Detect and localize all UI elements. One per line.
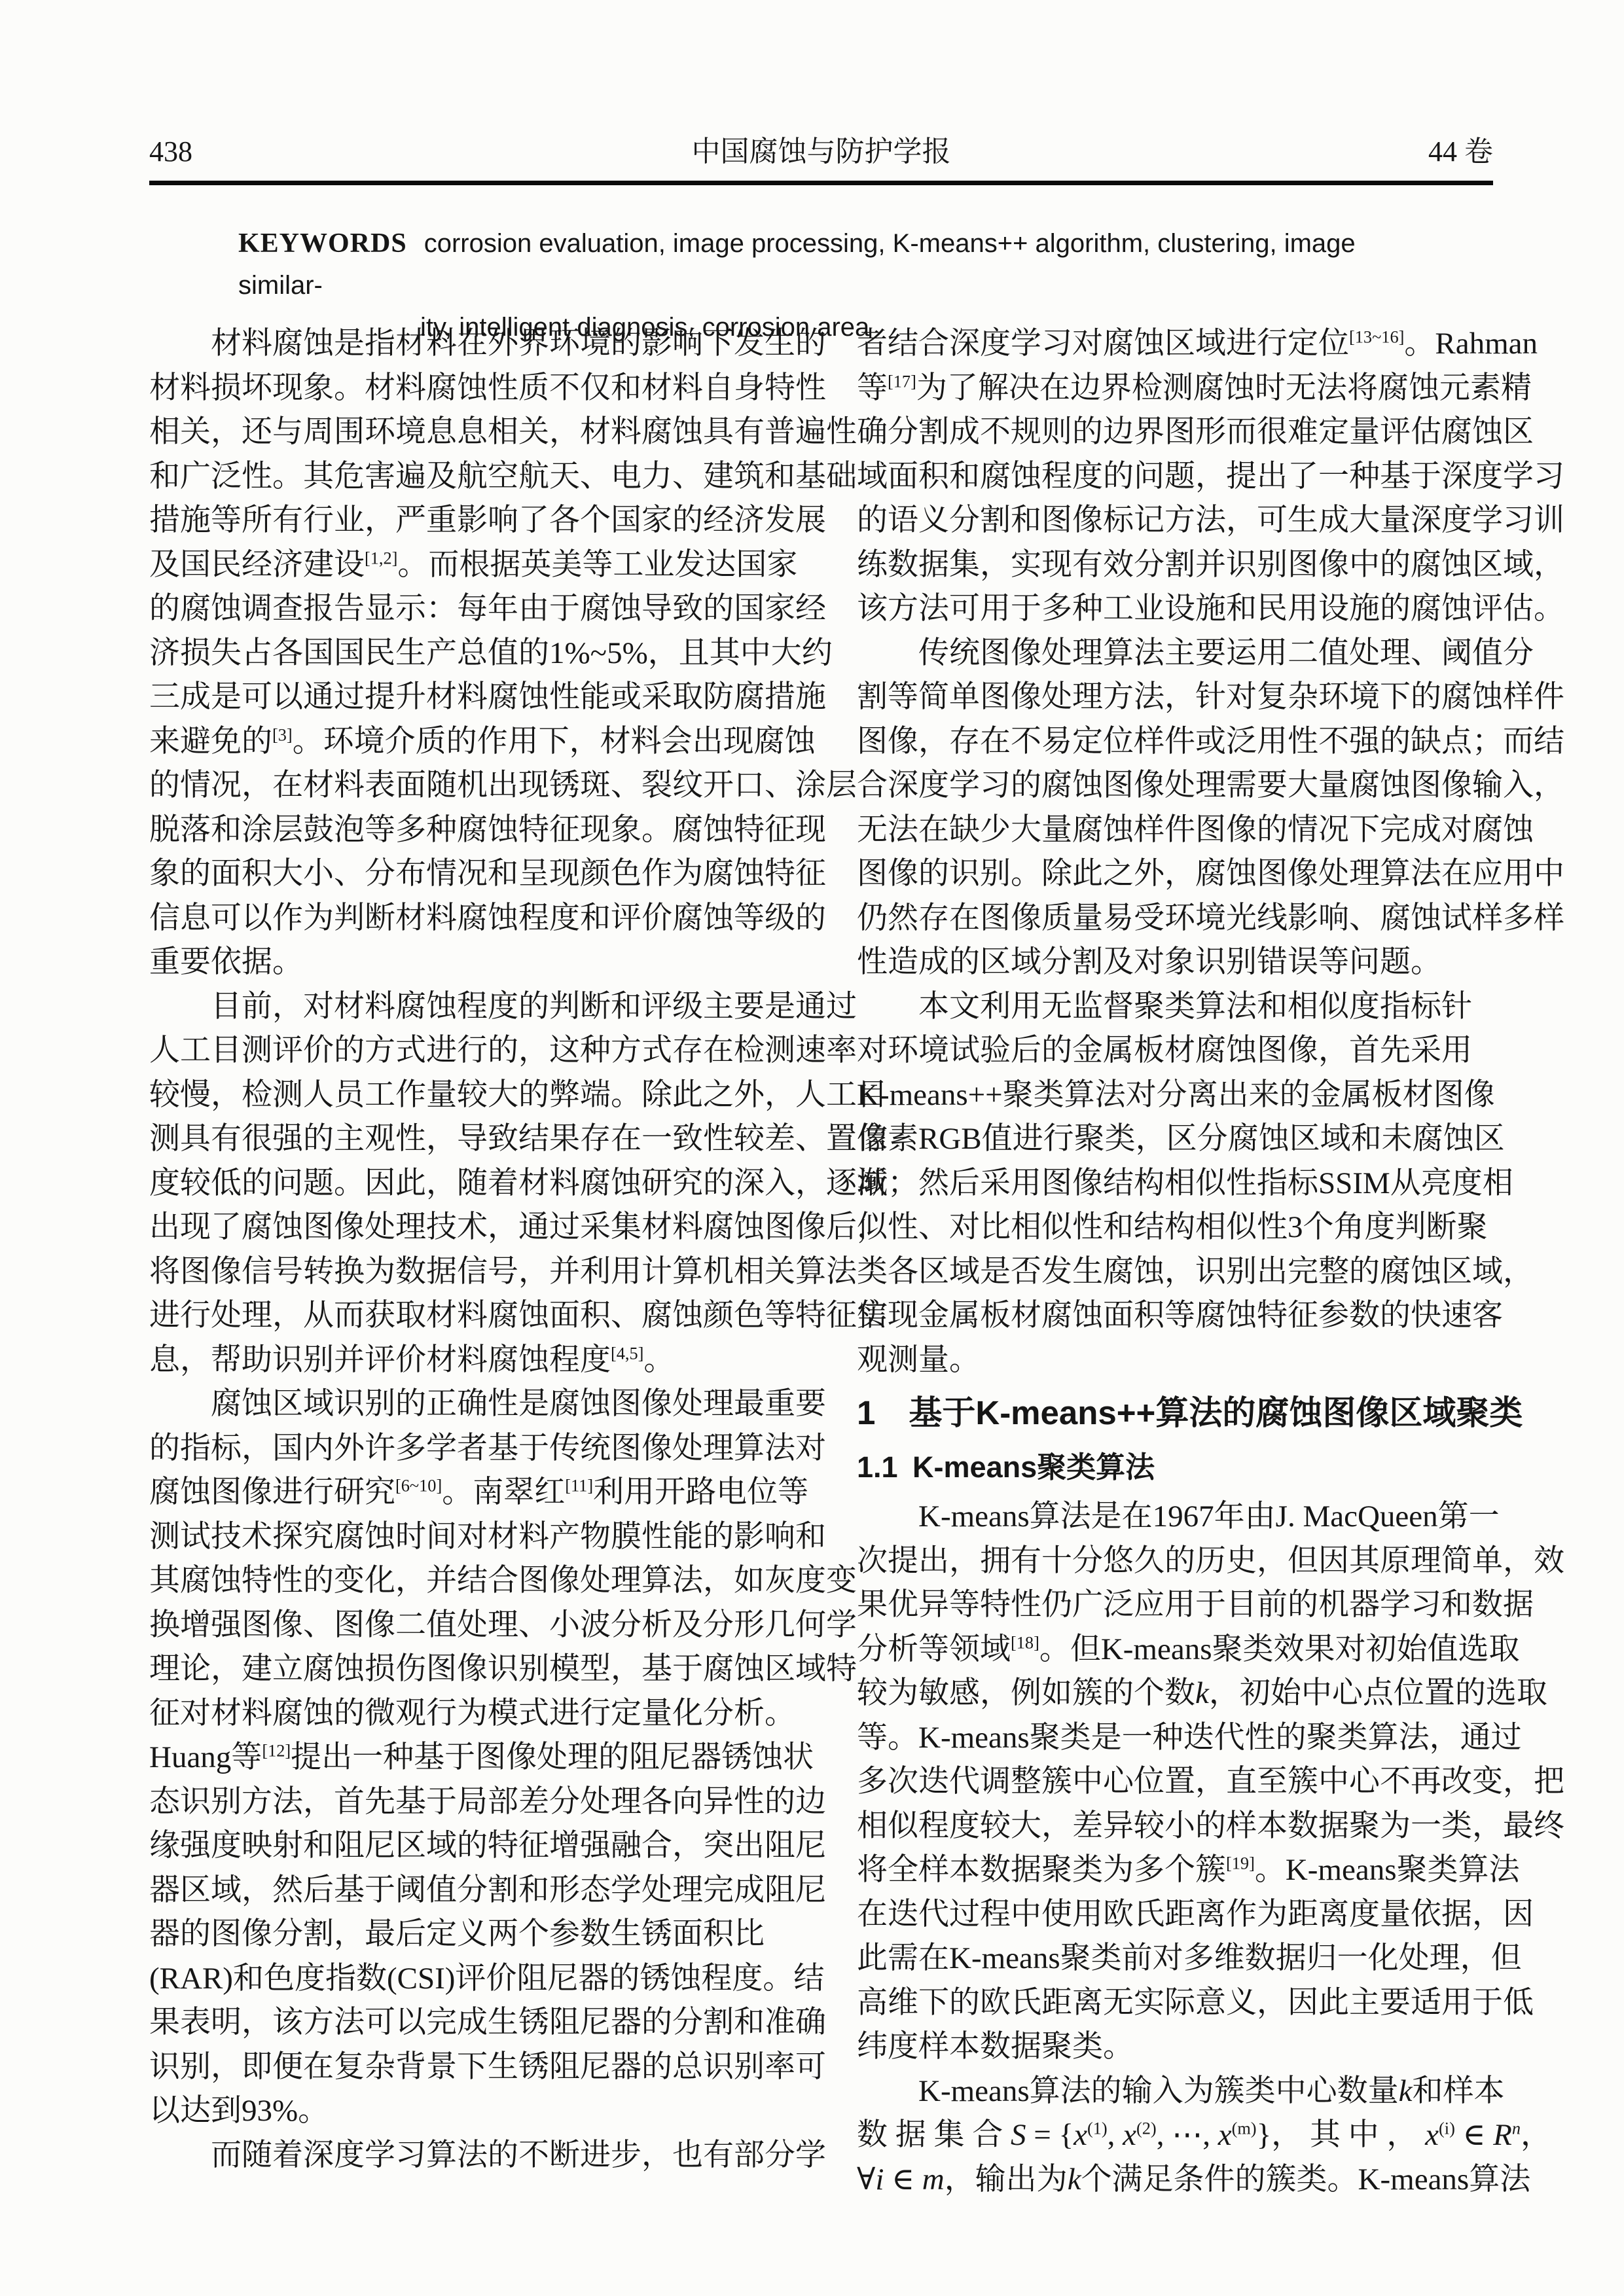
right-column: 者结合深度学习对腐蚀区域进行定位[13~16]。Rahman等[17]为了解决在…	[857, 322, 1493, 2202]
sub-section-heading: 1.1 K-means聚类算法	[857, 1450, 1493, 1484]
text-line: 将全样本数据聚类为多个簇[19]。K-means聚类算法	[857, 1848, 1493, 1893]
text-line: 者结合深度学习对腐蚀区域进行定位[13~16]。Rahman	[857, 322, 1493, 367]
text-line: 材料腐蚀是指材料在外界环境的影响下发生的	[149, 322, 793, 367]
text-line: 较慢，检测人员工作量较大的弊端。除此之外，人工目	[149, 1073, 793, 1118]
text-line: 三成是可以通过提升材料腐蚀性能或采取防腐措施	[149, 675, 793, 720]
text-line: 来避免的[3]。环境介质的作用下，材料会出现腐蚀	[149, 720, 793, 764]
text-line: 器的图像分割，最后定义两个参数生锈面积比	[149, 1912, 793, 1957]
text-line: 较为敏感，例如簇的个数k，初始中心点位置的选取	[857, 1672, 1493, 1716]
text-line: 而随着深度学习算法的不断进步，也有部分学	[149, 2134, 793, 2178]
text-line: 传统图像处理算法主要运用二值处理、阈值分	[857, 632, 1493, 676]
text-line: 征对材料腐蚀的微观行为模式进行定量化分析。	[149, 1692, 793, 1736]
text-line: 相似程度较大，差异较小的样本数据聚为一类，最终	[857, 1804, 1493, 1849]
text-line: 的语义分割和图像标记方法，可生成大量深度学习训	[857, 499, 1493, 543]
text-line: 练数据集，实现有效分割并识别图像中的腐蚀区域，	[857, 543, 1493, 588]
text-line: 信息可以作为判断材料腐蚀程度和评价腐蚀等级的	[149, 897, 793, 941]
text-line: 重要依据。	[149, 941, 793, 985]
text-line: 人工目测评价的方式进行的，这种方式存在检测速率	[149, 1029, 793, 1073]
text-line: 和广泛性。其危害遍及航空航天、电力、建筑和基础	[149, 455, 793, 499]
text-line: 域；然后采用图像结构相似性指标SSIM从亮度相	[857, 1162, 1493, 1206]
text-line: K-means算法的输入为簇类中心数量k和样本	[857, 2070, 1493, 2114]
text-line: 理论，建立腐蚀损伤图像识别模型，基于腐蚀区域特	[149, 1647, 793, 1692]
keywords-label: KEYWORDS	[238, 228, 407, 259]
text-line: 器区域，然后基于阈值分割和形态学处理完成阻尼	[149, 1869, 793, 1913]
text-line: 识别，即便在复杂背景下生锈阻尼器的总识别率可	[149, 2045, 793, 2090]
right-column-top-lines: 者结合深度学习对腐蚀区域进行定位[13~16]。Rahman等[17]为了解决在…	[857, 322, 1493, 1382]
text-line: 相关，还与周围环境息息相关，材料腐蚀具有普遍性	[149, 410, 793, 455]
left-column: 材料腐蚀是指材料在外界环境的影响下发生的材料损坏现象。材料腐蚀性质不仅和材料自身…	[149, 322, 793, 2202]
text-line: 性造成的区域分割及对象识别错误等问题。	[857, 941, 1493, 985]
text-line: 果优异等特性仍广泛应用于目前的机器学习和数据	[857, 1583, 1493, 1628]
text-line: 图像，存在不易定位样件或泛用性不强的缺点；而结	[857, 720, 1493, 764]
text-line: 纬度样本数据聚类。	[857, 2025, 1493, 2070]
text-line: 措施等所有行业，严重影响了各个国家的经济发展	[149, 499, 793, 543]
text-line: 其腐蚀特性的变化，并结合图像处理算法，如灰度变	[149, 1559, 793, 1604]
text-line: ∀i ∈ m，输出为k个满足条件的簇类。K-means算法	[857, 2158, 1493, 2202]
text-line: 次提出，拥有十分悠久的历史，但因其原理简单，效	[857, 1539, 1493, 1584]
text-line: 像素RGB值进行聚类，区分腐蚀区域和未腐蚀区	[857, 1117, 1493, 1162]
text-line: 象的面积大小、分布情况和呈现颜色作为腐蚀特征	[149, 852, 793, 897]
text-line: 在迭代过程中使用欧氏距离作为距离度量依据，因	[857, 1893, 1493, 1937]
text-line: 度较低的问题。因此，随着材料腐蚀研究的深入，逐渐	[149, 1162, 793, 1206]
text-line: 腐蚀区域识别的正确性是腐蚀图像处理最重要	[149, 1382, 793, 1427]
running-head: 438 中国腐蚀与防护学报 44 卷	[149, 136, 1493, 168]
journal-page: 438 中国腐蚀与防护学报 44 卷 KEYWORDScorrosion eva…	[0, 0, 1624, 2296]
text-line: 确分割成不规则的边界图形而很难定量评估腐蚀区	[857, 410, 1493, 455]
text-line: 数 据 集 合 S = {x(1), x(2), ⋯, x(m)}， 其 中 ，…	[857, 2113, 1493, 2158]
text-line: 该方法可用于多种工业设施和民用设施的腐蚀评估。	[857, 587, 1493, 632]
text-line: (RAR)和色度指数(CSI)评价阻尼器的锈蚀程度。结	[149, 1957, 793, 2001]
text-line: K-means算法是在1967年由J. MacQueen第一	[857, 1495, 1493, 1539]
text-line: 此需在K-means聚类前对多维数据归一化处理，但	[857, 1937, 1493, 1981]
text-line: 测具有很强的主观性，导致结果存在一致性较差、置信	[149, 1117, 793, 1162]
text-line: 割等简单图像处理方法，针对复杂环境下的腐蚀样件	[857, 675, 1493, 720]
text-line: 以达到93%。	[149, 2089, 793, 2134]
text-line: 本文利用无监督聚类算法和相似度指标针	[857, 985, 1493, 1030]
text-line: 分析等领域[18]。但K-means聚类效果对初始值选取	[857, 1628, 1493, 1672]
text-line: 出现了腐蚀图像处理技术，通过采集材料腐蚀图像后，	[149, 1206, 793, 1250]
text-line: 缘强度映射和阻尼区域的特征增强融合，突出阻尼	[149, 1824, 793, 1869]
text-line: 无法在缺少大量腐蚀样件图像的情况下完成对腐蚀	[857, 808, 1493, 853]
text-line: 对环境试验后的金属板材腐蚀图像，首先采用	[857, 1029, 1493, 1073]
journal-title: 中国腐蚀与防护学报	[149, 136, 1493, 168]
text-line: 脱落和涂层鼓泡等多种腐蚀特征现象。腐蚀特征现	[149, 808, 793, 853]
text-line: 测试技术探究腐蚀时间对材料产物膜性能的影响和	[149, 1515, 793, 1560]
text-line: 腐蚀图像进行研究[6~10]。南翠红[11]利用开路电位等	[149, 1471, 793, 1515]
section-heading: 1 基于K-means++算法的腐蚀图像区域聚类	[857, 1393, 1493, 1433]
right-column-bottom-lines: K-means算法是在1967年由J. MacQueen第一次提出，拥有十分悠久…	[857, 1495, 1493, 2202]
text-line: 济损失占各国国民生产总值的1%~5%，且其中大约	[149, 632, 793, 676]
text-line: 合深度学习的腐蚀图像处理需要大量腐蚀图像输入，	[857, 764, 1493, 808]
text-line: 果表明，该方法可以完成生锈阻尼器的分割和准确	[149, 2001, 793, 2045]
text-line: 及国民经济建设[1,2]。而根据英美等工业发达国家	[149, 543, 793, 588]
text-line: 材料损坏现象。材料腐蚀性质不仅和材料自身特性	[149, 367, 793, 411]
text-line: 多次迭代调整簇中心位置，直至簇中心不再改变，把	[857, 1760, 1493, 1804]
text-line: 域面积和腐蚀程度的问题，提出了一种基于深度学习	[857, 455, 1493, 499]
text-line: 类各区域是否发生腐蚀，识别出完整的腐蚀区域，	[857, 1250, 1493, 1295]
text-line: 实现金属板材腐蚀面积等腐蚀特征参数的快速客	[857, 1294, 1493, 1338]
text-line: 高维下的欧氏距离无实际意义，因此主要适用于低	[857, 1981, 1493, 2026]
text-line: 观测量。	[857, 1338, 1493, 1383]
text-line: Huang等[12]提出一种基于图像处理的阻尼器锈蚀状	[149, 1736, 793, 1780]
header-rule	[149, 181, 1493, 185]
text-line: 将图像信号转换为数据信号，并利用计算机相关算法	[149, 1250, 793, 1295]
text-line: 等[17]为了解决在边界检测腐蚀时无法将腐蚀元素精	[857, 367, 1493, 411]
body-columns: 材料腐蚀是指材料在外界环境的影响下发生的材料损坏现象。材料腐蚀性质不仅和材料自身…	[149, 322, 1493, 2202]
text-line: 图像的识别。除此之外，腐蚀图像处理算法在应用中	[857, 852, 1493, 897]
keywords-line1: KEYWORDScorrosion evaluation, image proc…	[238, 223, 1436, 306]
text-line: 进行处理，从而获取材料腐蚀面积、腐蚀颜色等特征信	[149, 1294, 793, 1338]
text-line: 的指标，国内外许多学者基于传统图像处理算法对	[149, 1427, 793, 1471]
text-line: K-means++聚类算法对分离出来的金属板材图像	[857, 1073, 1493, 1118]
text-line: 换增强图像、图像二值处理、小波分析及分形几何学	[149, 1604, 793, 1648]
text-line: 目前，对材料腐蚀程度的判断和评级主要是通过	[149, 985, 793, 1030]
text-line: 仍然存在图像质量易受环境光线影响、腐蚀试样多样	[857, 897, 1493, 941]
text-line: 息，帮助识别并评价材料腐蚀程度[4,5]。	[149, 1338, 793, 1383]
text-line: 等。K-means聚类是一种迭代性的聚类算法，通过	[857, 1716, 1493, 1761]
text-line: 态识别方法，首先基于局部差分处理各向异性的边	[149, 1780, 793, 1825]
text-line: 的腐蚀调查报告显示：每年由于腐蚀导致的国家经	[149, 587, 793, 632]
text-line: 的情况，在材料表面随机出现锈斑、裂纹开口、涂层	[149, 764, 793, 808]
text-line: 似性、对比相似性和结构相似性3个角度判断聚	[857, 1206, 1493, 1250]
